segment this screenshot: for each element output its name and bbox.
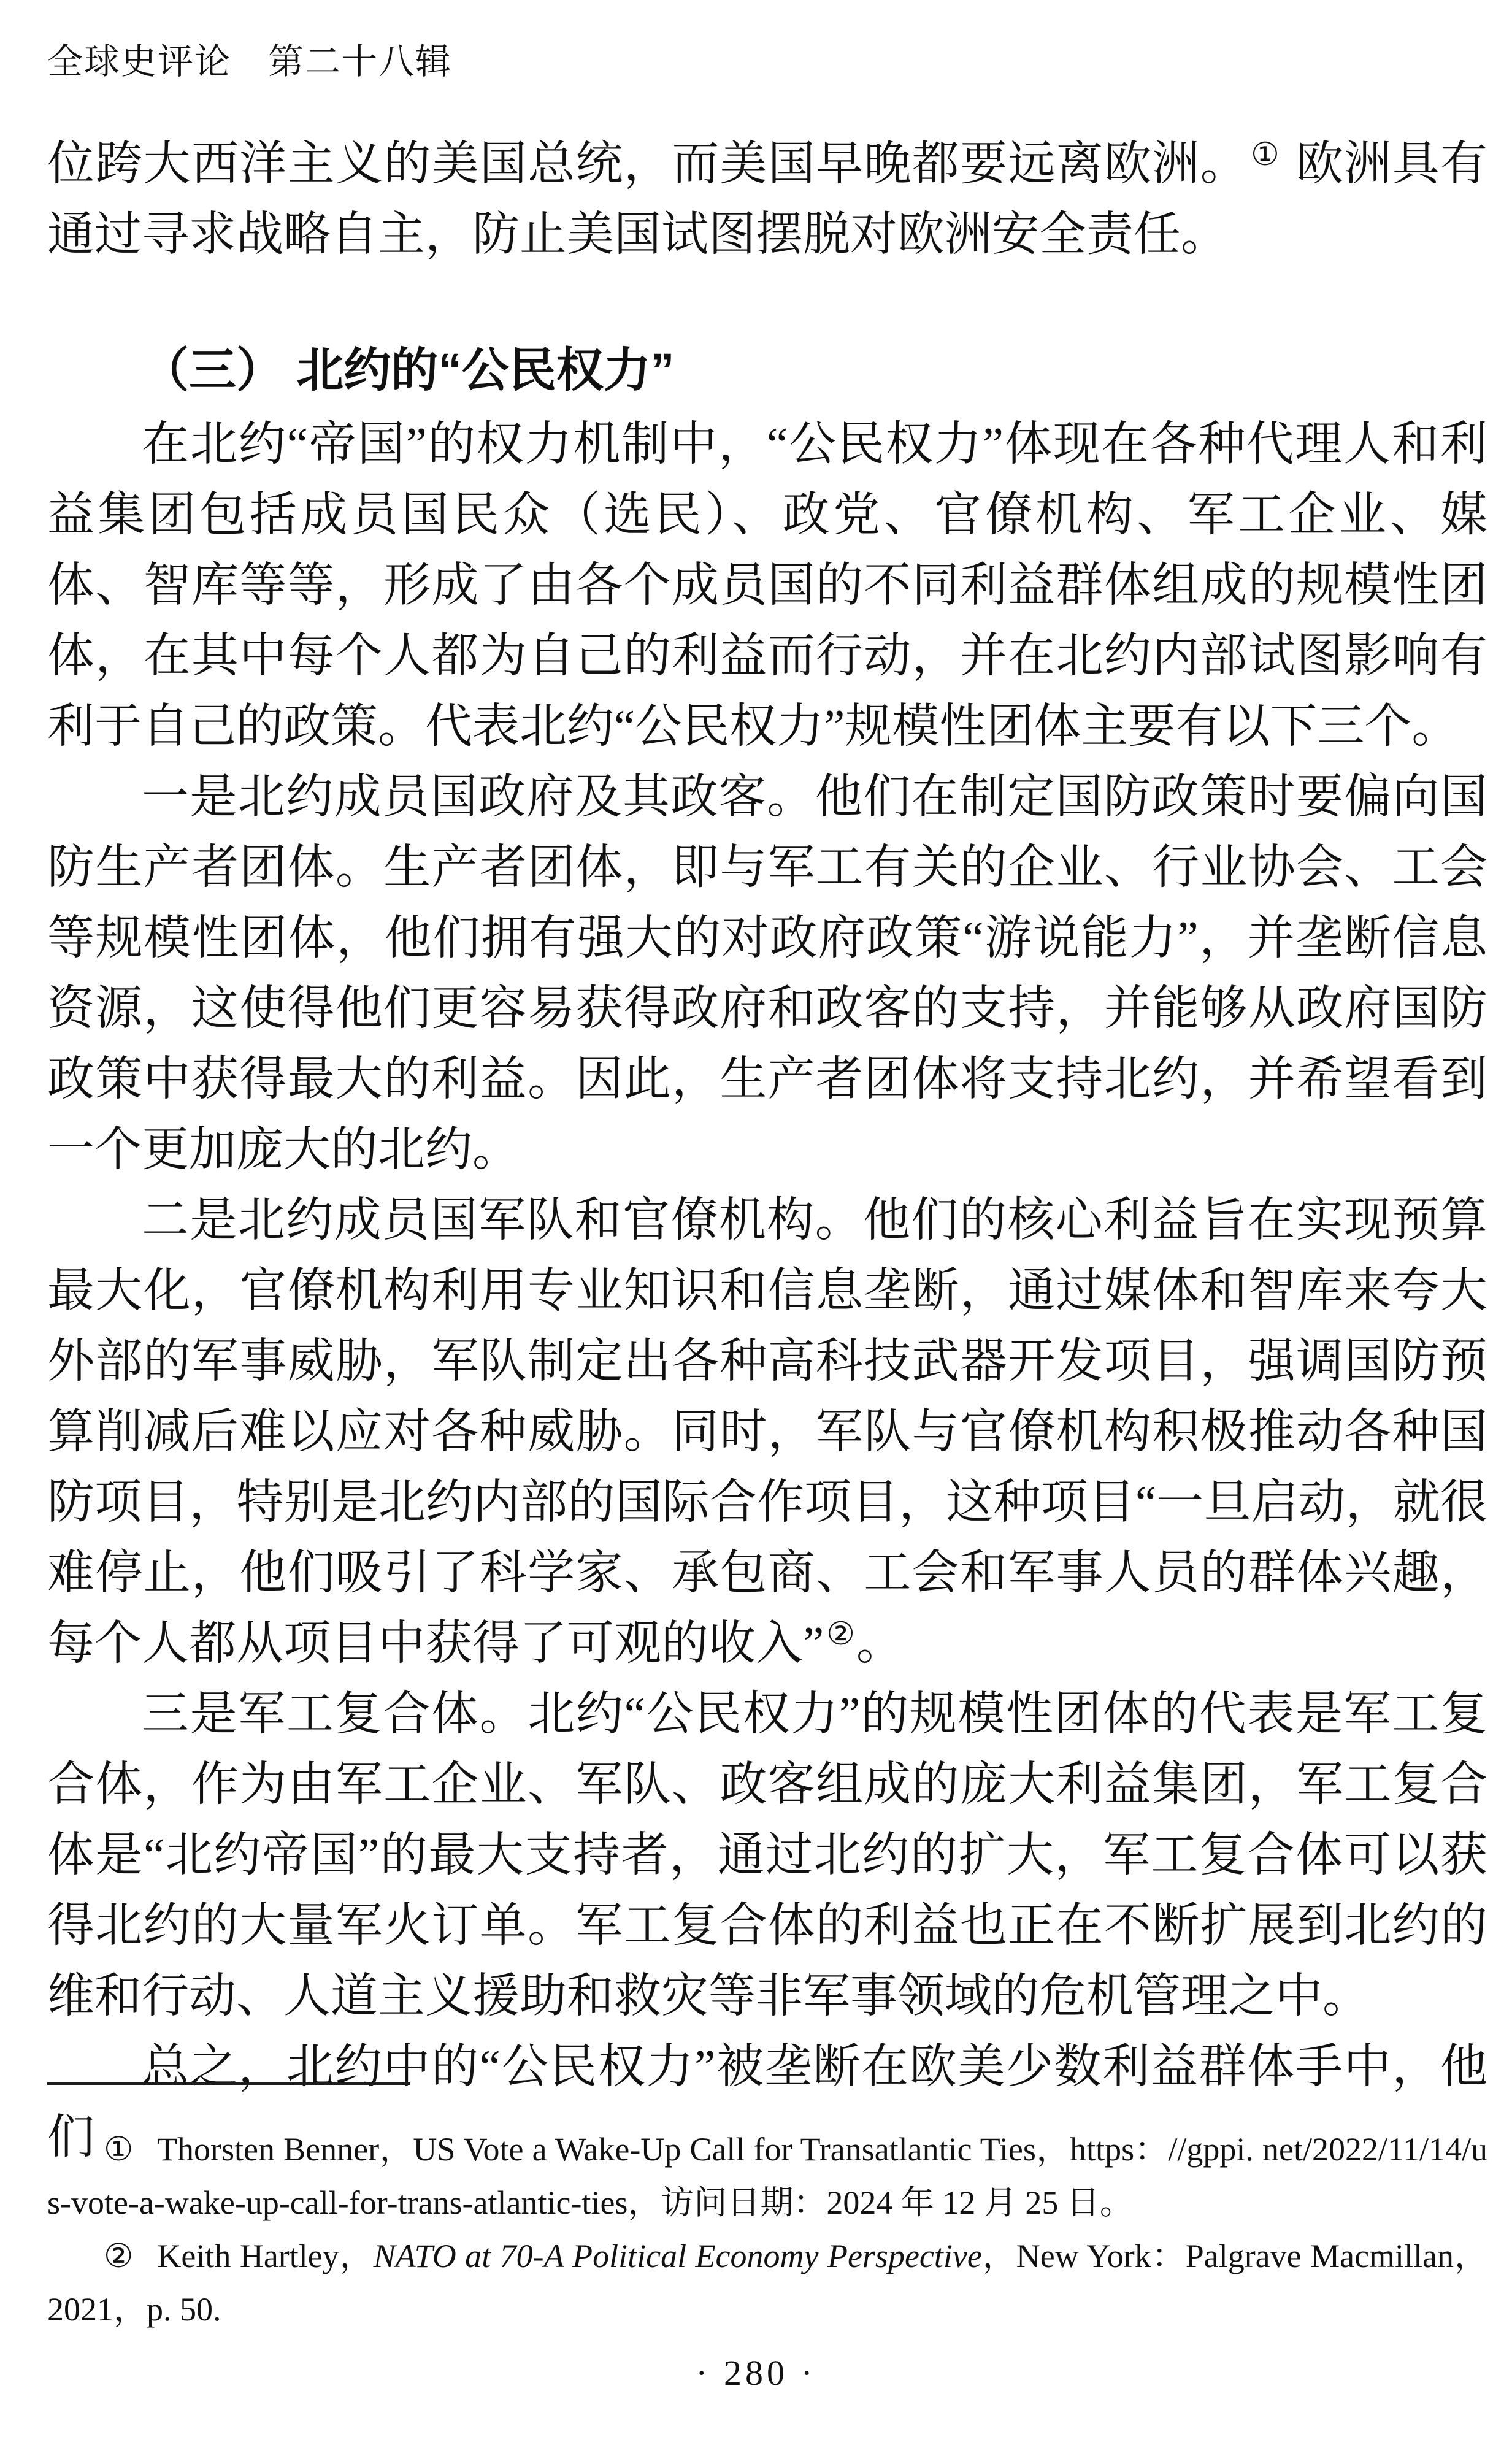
page-number: · 280 · bbox=[0, 2355, 1512, 2391]
running-header: 全球史评论 第二十八辑 bbox=[47, 44, 452, 80]
footnote-2-book-title: NATO at 70-A Political Economy Perspecti… bbox=[374, 2238, 982, 2274]
footnote-ref-1: ① bbox=[1251, 137, 1280, 172]
book-page: 全球史评论 第二十八辑 位跨大西洋主义的美国总统，而美国早晚都要远离欧洲。①欧洲… bbox=[0, 0, 1512, 2437]
second-group-text-after-marker: 。 bbox=[856, 1617, 904, 1670]
second-group-text-before-marker: 二是北约成员国军队和官僚机构。他们的核心利益旨在实现预算最大化，官僚机构利用专业… bbox=[47, 1194, 1487, 1670]
section-heading: （三） 北约的“公民权力” bbox=[47, 336, 1487, 406]
footnote-2: ②Keith Hartley，NATO at 70-A Political Ec… bbox=[47, 2230, 1487, 2336]
paragraph-first-group: 一是北约成员国政府及其政客。他们在制定国防政策时要偏向国防生产者团体。生产者团体… bbox=[47, 762, 1487, 1185]
paragraph-overview: 在北约“帝国”的权力机制中，“公民权力”体现在各种代理人和利益集团包括成员国民众… bbox=[47, 409, 1487, 762]
footnote-1-marker: ① bbox=[104, 2131, 134, 2168]
footnote-2-marker: ② bbox=[104, 2238, 134, 2274]
body-text: 位跨大西洋主义的美国总统，而美国早晚都要远离欧洲。①欧洲具有通过寻求战略自主，防… bbox=[47, 129, 1487, 2173]
paragraph-third-group: 三是军工复合体。北约“公民权力”的规模性团体的代表是军工复合体，作为由军工企业、… bbox=[47, 1679, 1487, 2032]
footnote-1: ①Thorsten Benner，US Vote a Wake-Up Call … bbox=[47, 2123, 1487, 2230]
paragraph-continuation: 位跨大西洋主义的美国总统，而美国早晚都要远离欧洲。①欧洲具有通过寻求战略自主，防… bbox=[47, 129, 1487, 270]
footnote-separator bbox=[47, 2082, 410, 2085]
footnote-2-text-pre: Keith Hartley， bbox=[157, 2238, 373, 2274]
continuation-text-before-marker: 位跨大西洋主义的美国总统，而美国早晚都要远离欧洲。 bbox=[47, 137, 1248, 190]
footnote-1-text: Thorsten Benner，US Vote a Wake-Up Call f… bbox=[47, 2131, 1487, 2221]
footnotes-section: ①Thorsten Benner，US Vote a Wake-Up Call … bbox=[47, 2082, 1487, 2336]
footnote-ref-2: ② bbox=[826, 1617, 855, 1652]
paragraph-second-group: 二是北约成员国军队和官僚机构。他们的核心利益旨在实现预算最大化，官僚机构利用专业… bbox=[47, 1185, 1487, 1679]
